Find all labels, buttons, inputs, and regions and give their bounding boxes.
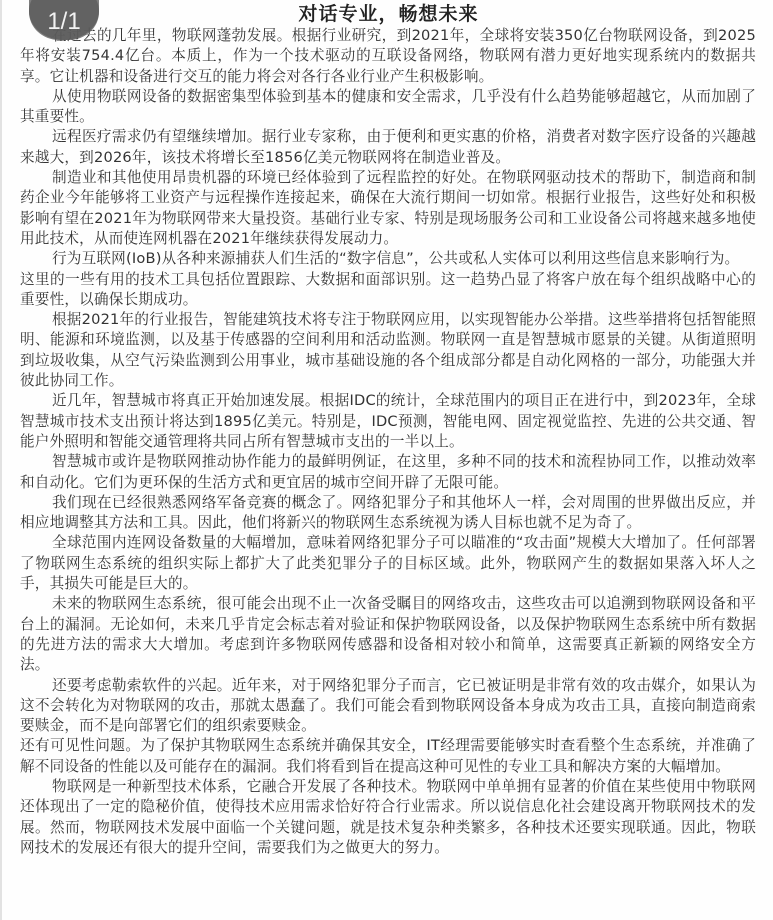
paragraph: 在过去的几年里，物联网蓬勃发展。根据行业研究，到2021年，全球将安装350亿台… — [20, 26, 756, 87]
paragraph: 制造业和其他使用昂贵机器的环境已经体验到了远程监控的好处。在物联网驱动技术的帮助… — [20, 168, 756, 249]
paragraph: 根据2021年的行业报告，智能建筑技术将专注于物联网应用，以实现智能办公举措。这… — [20, 310, 756, 391]
document-page: 对话专业，畅想未来 在过去的几年里，物联网蓬勃发展。根据行业研究，到2021年，… — [0, 0, 773, 920]
paragraph: 物联网是一种新型技术体系，它融合开发展了各种技术。物联网中单单拥有显著的价值在某… — [20, 777, 756, 858]
paragraph: 从使用物联网设备的数据密集型体验到基本的健康和安全需求，几乎没有什么趋势能够超越… — [20, 87, 756, 128]
paragraph: 近几年，智慧城市将真正开始加速发展。根据IDC的统计，全球范围内的项目正在进行中… — [20, 391, 756, 452]
paragraph: 还有可见性问题。为了保护其物联网生态系统并确保其安全，IT经理需要能够实时查看整… — [20, 736, 756, 777]
paragraph: 还要考虑勒索软件的兴起。近年来，对于网络犯罪分子而言，它已被证明是非常有效的攻击… — [20, 676, 756, 737]
paragraph: 全球范围内连网设备数量的大幅增加，意味着网络犯罪分子可以瞄准的“攻击面”规模大大… — [20, 533, 756, 594]
document-title: 对话专业，畅想未来 — [2, 2, 773, 26]
paragraph: 这里的一些有用的技术工具包括位置跟踪、大数据和面部识别。这一趋势凸显了将客户放在… — [20, 270, 756, 311]
paragraph: 未来的物联网生态系统，很可能会出现不止一次备受瞩目的网络攻击，这些攻击可以追溯到… — [20, 594, 756, 675]
paragraph: 远程医疗需求仍有望继续增加。据行业专家称，由于便利和更实惠的价格，消费者对数字医… — [20, 127, 756, 168]
paragraph: 行为互联网(IoB)从各种来源捕获人们生活的“数字信息”，公共或私人实体可以利用… — [20, 249, 756, 269]
paragraph: 我们现在已经很熟悉网络军备竞赛的概念了。网络犯罪分子和其他坏人一样，会对周围的世… — [20, 493, 756, 534]
paragraph: 智慧城市或许是物联网推动协作能力的最鲜明例证，在这里，多种不同的技术和流程协同工… — [20, 452, 756, 493]
document-body: 在过去的几年里，物联网蓬勃发展。根据行业研究，到2021年，全球将安装350亿台… — [20, 26, 756, 858]
